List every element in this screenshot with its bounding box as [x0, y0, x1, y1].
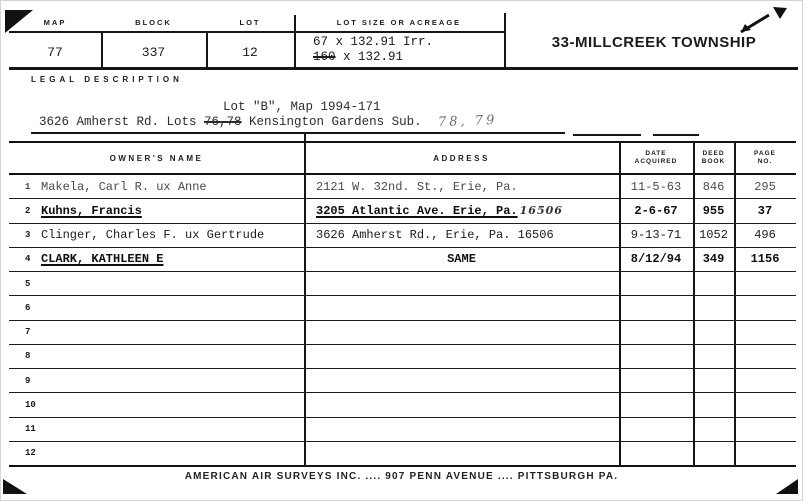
date-acquired-cell: 8/12/94	[619, 248, 693, 271]
township-title: 33-MILLCREEK TOWNSHIP	[529, 34, 779, 51]
table-row: 4CLARK, KATHLEEN E SAME 8/12/94 349 1156	[9, 248, 796, 272]
owner-name-cell: 10	[9, 393, 304, 416]
address-cell: 3626 Amherst Rd., Erie, Pa. 16506	[304, 224, 619, 247]
table-row: 9	[9, 369, 796, 393]
lot-size-label: LOT SIZE OR ACREAGE	[294, 18, 504, 27]
address-cell	[304, 296, 619, 319]
table-row: 11	[9, 418, 796, 442]
date-acquired-cell	[619, 272, 693, 295]
deed-book-cell: 955	[693, 199, 734, 222]
row-number: 10	[25, 400, 41, 410]
owners-table: OWNER'S NAME ADDRESS DATEACQUIRED DEEDBO…	[9, 141, 796, 467]
address-cell	[304, 321, 619, 344]
date-deed-divider	[693, 141, 695, 467]
row-number: 7	[25, 327, 41, 337]
table-row: 8	[9, 345, 796, 369]
address-cell	[304, 369, 619, 392]
legal-line2-prefix: 3626 Amherst Rd. Lots	[39, 115, 204, 129]
row-number: 11	[25, 424, 41, 434]
address-cell: 3205 Atlantic Ave. Erie, Pa.16506	[304, 199, 619, 222]
table-row: 1Makela, Carl R. ux Anne 2121 W. 32nd. S…	[9, 175, 796, 199]
deed-book-cell: 846	[693, 175, 734, 198]
date-acquired-cell	[619, 296, 693, 319]
top-table-header-rule	[9, 31, 504, 33]
page-no-cell	[734, 369, 796, 392]
lot-size-value: 67 x 132.91 Irr.160 x 132.91	[313, 35, 433, 65]
page-header-line1: PAGE	[754, 150, 776, 157]
owner-name: Kuhns, Francis	[41, 204, 142, 218]
table-row: 3Clinger, Charles F. ux Gertrude 3626 Am…	[9, 224, 796, 248]
owner-name-cell: 12	[9, 442, 304, 465]
legal-description-line2: 3626 Amherst Rd. Lots 76,78 Kensington G…	[31, 114, 565, 134]
owner-name-cell: 3Clinger, Charles F. ux Gertrude	[9, 224, 304, 247]
date-acquired-cell	[619, 369, 693, 392]
handwritten-lot-numbers: 78, 79	[437, 113, 497, 130]
owner-name-cell: 4CLARK, KATHLEEN E	[9, 248, 304, 271]
table-row: 10	[9, 393, 796, 417]
lot-size-struck-value: 160	[313, 50, 336, 64]
page-no-cell: 37	[734, 199, 796, 222]
blank-underline-segment	[573, 134, 641, 136]
legal-line2-struck-lots: 76,78	[204, 115, 242, 129]
deed-book-cell: 349	[693, 248, 734, 271]
check-mark-icon	[729, 5, 791, 37]
deed-book-cell	[693, 272, 734, 295]
legal-description-label: LEGAL DESCRIPTION	[31, 75, 183, 84]
table-row: 7	[9, 321, 796, 345]
owner-name-cell: 2Kuhns, Francis	[9, 199, 304, 222]
handwritten-zip: 16506	[520, 204, 563, 217]
address-cell: 2121 W. 32nd. St., Erie, Pa.	[304, 175, 619, 198]
page-no-cell	[734, 418, 796, 441]
page-header-line2: NO.	[758, 158, 773, 165]
owner-name-cell: 11	[9, 418, 304, 441]
deed-header-line2: BOOK	[702, 158, 726, 165]
table-row: 5	[9, 272, 796, 296]
row-number: 5	[25, 279, 41, 289]
deed-book-cell	[693, 418, 734, 441]
owner-column-header: OWNER'S NAME	[9, 154, 304, 163]
page-no-cell	[734, 296, 796, 319]
owner-name-cell: 5	[9, 272, 304, 295]
deed-book-cell	[693, 369, 734, 392]
owner-name-cell: 8	[9, 345, 304, 368]
owner-name: CLARK, KATHLEEN E	[41, 252, 163, 266]
page-no-cell	[734, 272, 796, 295]
map-value: 77	[9, 45, 101, 60]
table-row: 2Kuhns, Francis 3205 Atlantic Ave. Erie,…	[9, 199, 796, 223]
address-cell	[304, 418, 619, 441]
row-number: 9	[25, 376, 41, 386]
date-acquired-cell	[619, 321, 693, 344]
address-text: 2121 W. 32nd. St., Erie, Pa.	[316, 180, 518, 194]
row-number: 12	[25, 448, 41, 458]
page-no-cell: 295	[734, 175, 796, 198]
deed-book-cell	[693, 321, 734, 344]
table-row: 12	[9, 442, 796, 465]
date-acquired-cell	[619, 418, 693, 441]
deed-book-cell	[693, 345, 734, 368]
footer-imprint: AMERICAN AIR SURVEYS INC. .... 907 PENN …	[1, 471, 802, 482]
row-number: 1	[25, 182, 41, 192]
page-no-column-header: PAGENO.	[734, 150, 796, 166]
date-header-line1: DATE	[645, 150, 666, 157]
page-no-cell	[734, 345, 796, 368]
deed-book-cell	[693, 296, 734, 319]
owner-name-cell: 6	[9, 296, 304, 319]
legal-description-line1: Lot "B", Map 1994-171	[223, 100, 381, 114]
page-no-cell: 1156	[734, 248, 796, 271]
deed-book-cell: 1052	[693, 224, 734, 247]
date-acquired-cell: 9-13-71	[619, 224, 693, 247]
lotsize-right-divider	[504, 13, 506, 67]
table-header-row: OWNER'S NAME ADDRESS DATEACQUIRED DEEDBO…	[9, 143, 796, 175]
block-value: 337	[101, 45, 206, 60]
date-acquired-cell: 2-6-67	[619, 199, 693, 222]
address-cell	[304, 272, 619, 295]
address-date-divider	[619, 141, 621, 467]
date-acquired-cell: 11-5-63	[619, 175, 693, 198]
deed-book-column-header: DEEDBOOK	[693, 150, 734, 166]
row-number: 2	[25, 206, 41, 216]
lot-value: 12	[206, 45, 294, 60]
row-number: 4	[25, 254, 41, 264]
row-number: 8	[25, 351, 41, 361]
address-cell	[304, 393, 619, 416]
owner-name-cell: 7	[9, 321, 304, 344]
page-no-cell	[734, 393, 796, 416]
row-number: 6	[25, 303, 41, 313]
owner-address-divider	[304, 134, 306, 467]
property-record-card: MAP BLOCK LOT LOT SIZE OR ACREAGE 77 337…	[0, 0, 803, 501]
address-text: 3205 Atlantic Ave. Erie, Pa.	[316, 204, 518, 218]
deed-page-divider	[734, 141, 736, 467]
top-table-bottom-rule	[9, 67, 798, 70]
owner-name: Makela, Carl R. ux Anne	[41, 180, 207, 194]
legal-line2-suffix: Kensington Gardens Sub.	[242, 115, 422, 129]
map-label: MAP	[9, 18, 101, 27]
page-no-cell	[734, 442, 796, 465]
address-column-header: ADDRESS	[304, 154, 619, 163]
lot-size-line1: 67 x 132.91 Irr.	[313, 35, 433, 49]
date-acquired-column-header: DATEACQUIRED	[619, 150, 693, 166]
address-text: 3626 Amherst Rd., Erie, Pa. 16506	[316, 228, 554, 242]
address-cell	[304, 345, 619, 368]
row-number: 3	[25, 230, 41, 240]
page-no-cell: 496	[734, 224, 796, 247]
address-cell	[304, 442, 619, 465]
date-header-line2: ACQUIRED	[635, 158, 678, 165]
lot-size-line2-rest: x 132.91	[336, 50, 404, 64]
date-acquired-cell	[619, 442, 693, 465]
blank-underline-segment	[653, 134, 699, 136]
lot-label: LOT	[206, 18, 294, 27]
owner-name-cell: 1Makela, Carl R. ux Anne	[9, 175, 304, 198]
owner-name-cell: 9	[9, 369, 304, 392]
deed-book-cell	[693, 442, 734, 465]
owner-name: Clinger, Charles F. ux Gertrude	[41, 228, 264, 242]
page-no-cell	[734, 321, 796, 344]
block-label: BLOCK	[101, 18, 206, 27]
address-cell: SAME	[304, 248, 619, 271]
date-acquired-cell	[619, 345, 693, 368]
table-row: 6	[9, 296, 796, 320]
deed-header-line1: DEED	[702, 150, 724, 157]
deed-book-cell	[693, 393, 734, 416]
address-text: SAME	[447, 252, 476, 266]
date-acquired-cell	[619, 393, 693, 416]
